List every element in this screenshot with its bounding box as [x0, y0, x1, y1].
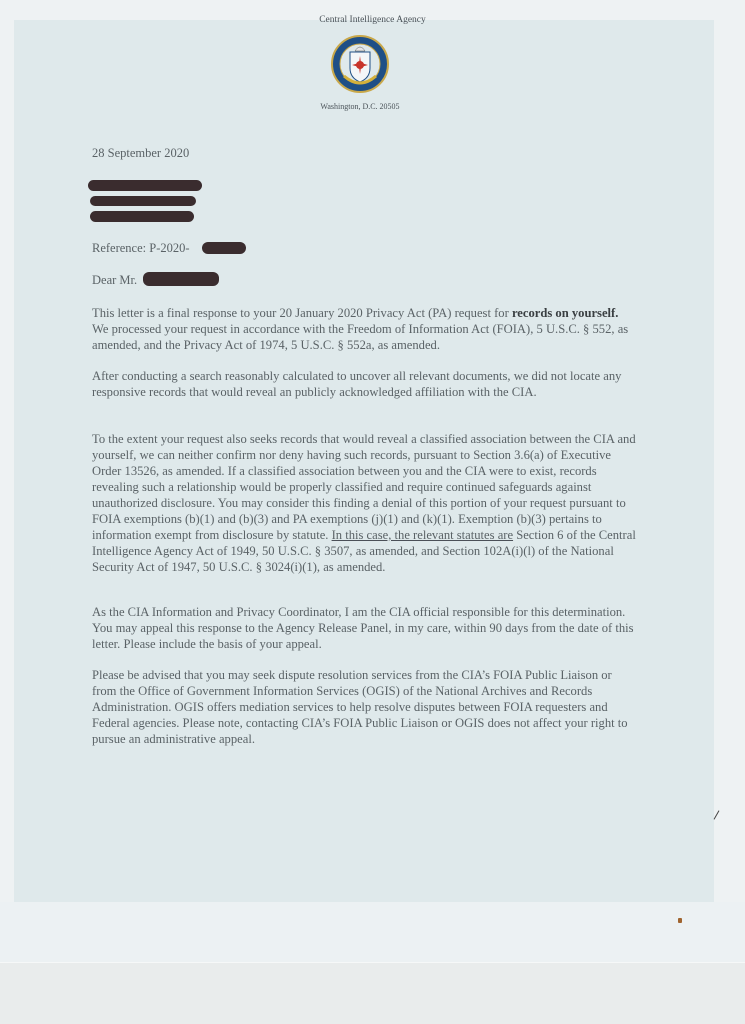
redacted-address-line-3: [90, 211, 194, 222]
scan-speck: [678, 918, 682, 923]
paragraph-2: After conducting a search reasonably cal…: [92, 368, 637, 400]
reference-line: Reference: P-2020-: [92, 241, 190, 256]
agency-name: Central Intelligence Agency: [0, 15, 745, 25]
scanner-bed: [0, 962, 745, 1024]
paragraph-1: This letter is a final response to your …: [92, 305, 637, 353]
paragraph-4: As the CIA Information and Privacy Coord…: [92, 604, 637, 652]
reference-label: Reference: P-2020-: [92, 241, 190, 255]
letter-date: 28 September 2020: [92, 146, 189, 161]
paragraph-5: Please be advised that you may seek disp…: [92, 667, 637, 747]
salutation: Dear Mr.: [92, 273, 137, 288]
cia-seal-icon: [330, 34, 390, 94]
pen-mark: [714, 810, 720, 819]
redacted-address-line-1: [88, 180, 202, 191]
paragraph-1-text: This letter is a final response to your …: [92, 306, 512, 320]
redacted-name: [143, 272, 219, 286]
paragraph-3: To the extent your request also seeks re…: [92, 431, 637, 575]
paragraph-1-text-cont: We processed your request in accordance …: [92, 322, 628, 352]
paragraph-3-underlined: In this case, the relevant statutes are: [332, 528, 513, 542]
paragraph-3-text: To the extent your request also seeks re…: [92, 432, 636, 542]
agency-address: Washington, D.C. 20505: [0, 102, 720, 111]
redacted-address-line-2: [90, 196, 196, 206]
redacted-reference-number: [202, 242, 246, 254]
paragraph-1-bold: records on yourself.: [512, 306, 618, 320]
page-margin: [0, 902, 745, 962]
